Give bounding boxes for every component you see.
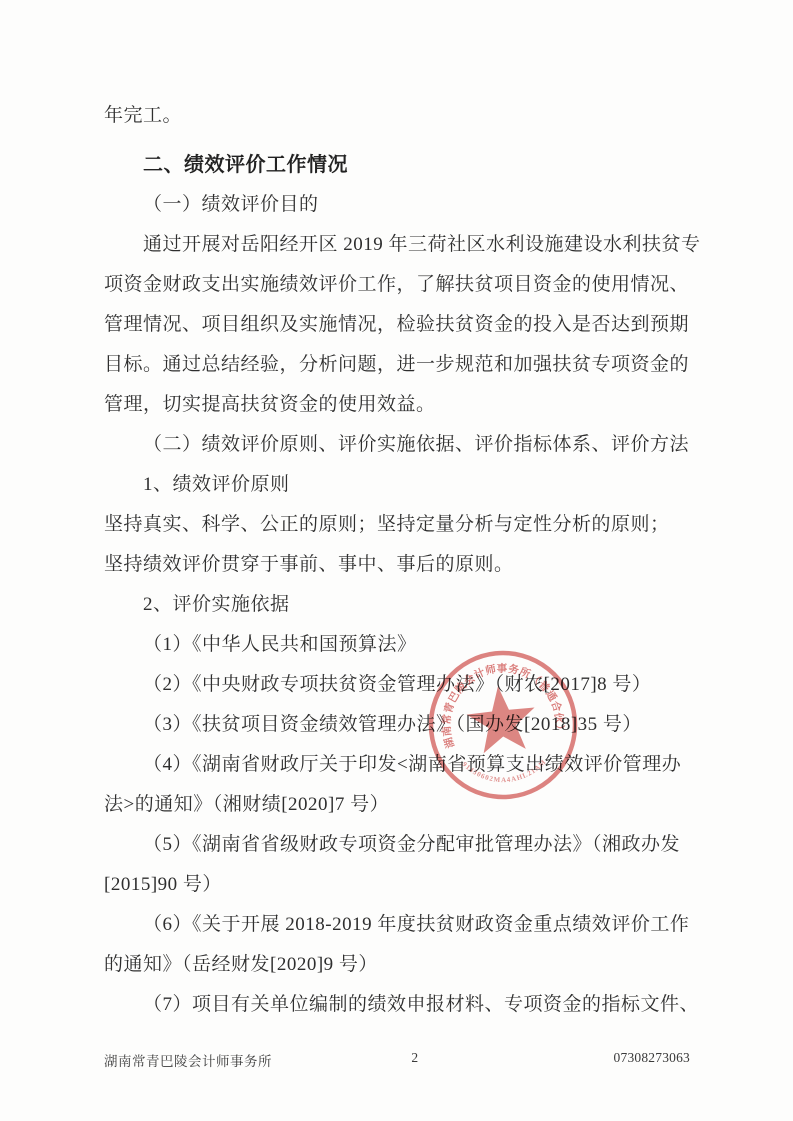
text-line: [2015]90 号） (104, 865, 692, 905)
text-line: 管理情况、项目组织及实施情况，检验扶贫资金的投入是否达到预期 (104, 305, 692, 345)
footer-firm-name: 湖南常青巴陵会计师事务所 (104, 1050, 272, 1070)
footer-code: 07308273063 (614, 1050, 690, 1066)
document-body: 年完工。 二、绩效评价工作情况 （一）绩效评价目的 通过开展对岳阳经开区 201… (104, 96, 692, 1025)
text-line: 法>的通知》（湘财绩[2020]7 号） (104, 785, 692, 825)
page-footer: 湖南常青巴陵会计师事务所 2 07308273063 (104, 1050, 690, 1072)
list-item-heading: 2、评价实施依据 (104, 585, 692, 625)
text-line: 目标。通过总结经验，分析问题，进一步规范和加强扶贫专项资金的 (104, 345, 692, 385)
page-number: 2 (411, 1050, 418, 1066)
text-line: 坚持绩效评价贯穿于事前、事中、事后的原则。 (104, 545, 692, 585)
list-item: （2）《中央财政专项扶贫资金管理办法》（财农[2017]8 号） (104, 665, 692, 705)
list-item: （6）《关于开展 2018-2019 年度扶贫财政资金重点绩效评价工作 (104, 905, 692, 945)
list-item: （5）《湖南省省级财政专项资金分配审批管理办法》（湘政办发 (104, 825, 692, 865)
text-line: 通过开展对岳阳经开区 2019 年三荷社区水利设施建设水利扶贫专 (104, 225, 692, 265)
list-item: （1）《中华人民共和国预算法》 (104, 625, 692, 665)
text-line: 项资金财政支出实施绩效评价工作，了解扶贫项目资金的使用情况、 (104, 265, 692, 305)
list-item: （4）《湖南省财政厅关于印发<湖南省预算支出绩效评价管理办 (104, 745, 692, 785)
list-item: （7）项目有关单位编制的绩效申报材料、专项资金的指标文件、 (104, 985, 692, 1025)
document-page: 年完工。 二、绩效评价工作情况 （一）绩效评价目的 通过开展对岳阳经开区 201… (0, 0, 793, 1121)
subsection-heading: （二）绩效评价原则、评价实施依据、评价指标体系、评价方法 (104, 425, 692, 465)
section-heading: 二、绩效评价工作情况 (104, 145, 692, 185)
text-line: 年完工。 (104, 96, 692, 136)
text-line: 的通知》（岳经财发[2020]9 号） (104, 945, 692, 985)
list-item: （3）《扶贫项目资金绩效管理办法》（国办发[2018]35 号） (104, 705, 692, 745)
text-line: 管理，切实提高扶贫资金的使用效益。 (104, 385, 692, 425)
subsection-heading: （一）绩效评价目的 (104, 185, 692, 225)
list-item-heading: 1、绩效评价原则 (104, 465, 692, 505)
text-line: 坚持真实、科学、公正的原则；坚持定量分析与定性分析的原则； (104, 505, 692, 545)
